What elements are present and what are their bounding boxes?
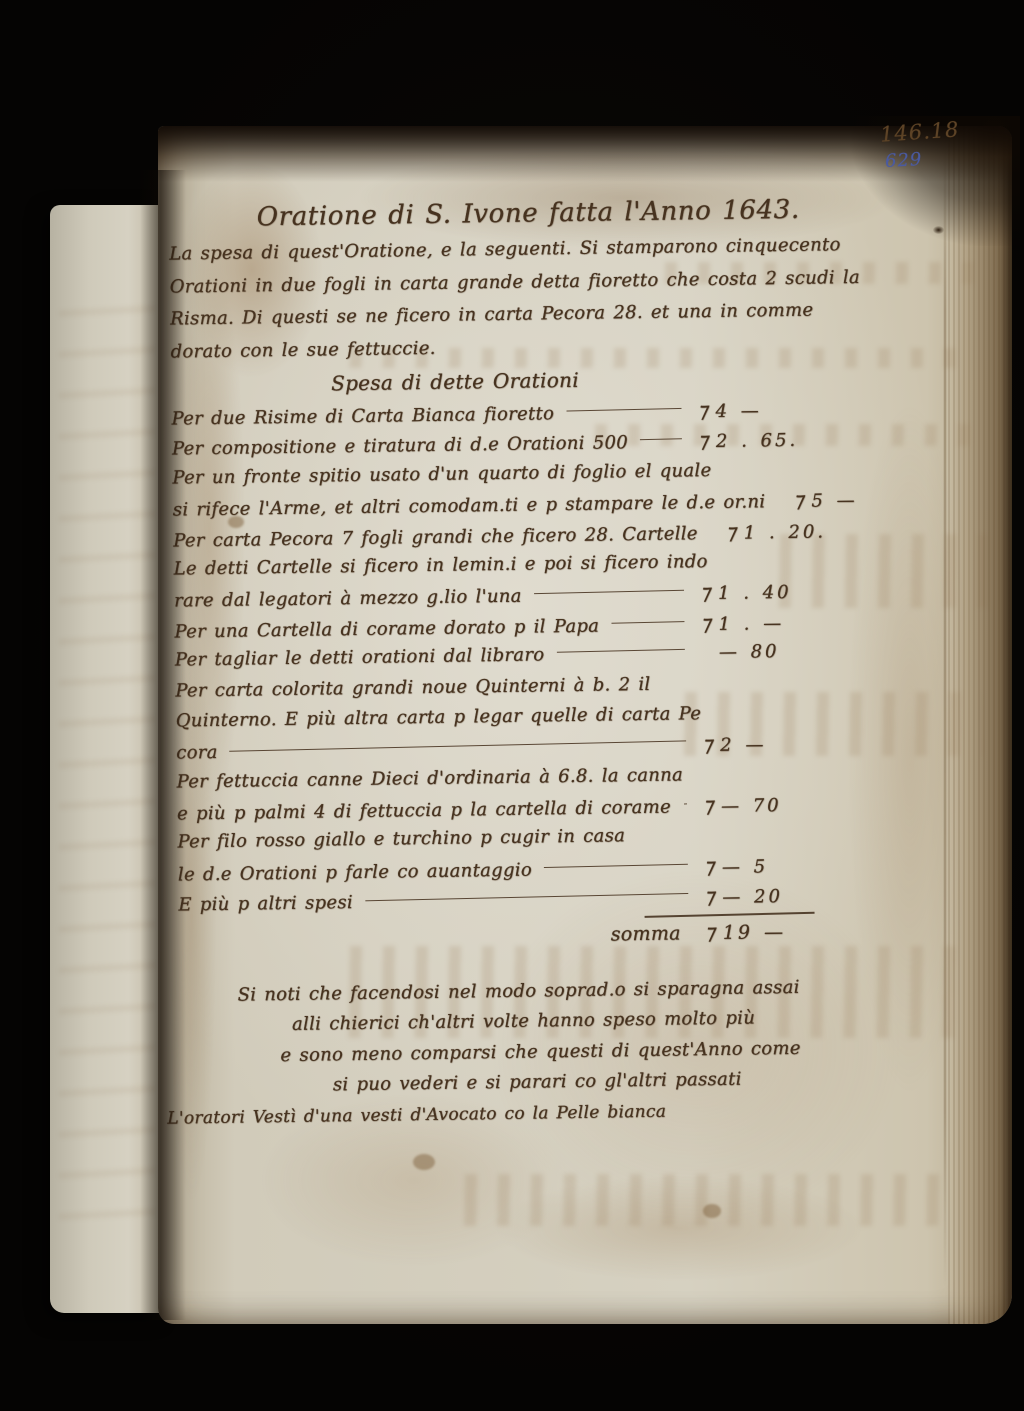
dash-leader	[634, 448, 684, 449]
dash-leader	[551, 659, 687, 661]
expense-amount: 2 . 65.	[716, 426, 820, 458]
intro-paragraph: La spesa di quest'Oratione, e la seguent…	[169, 230, 819, 369]
gutter-shadow	[140, 170, 186, 1320]
stacked-page-edges	[948, 126, 1012, 1324]
dash-leader	[538, 873, 690, 875]
dash-leader	[528, 600, 686, 602]
scudi-mark: ⁊	[690, 425, 716, 456]
expense-amount: — 80	[719, 637, 823, 669]
dash-leader	[605, 630, 686, 631]
dash-leader	[560, 417, 683, 419]
archival-number: 629	[884, 149, 922, 172]
scudi-mark: ⁊	[696, 881, 722, 912]
dash-leader	[359, 904, 690, 909]
expense-amount: — 5	[722, 851, 826, 883]
scudi-mark: ⁊	[785, 485, 811, 516]
scudi-mark: ⁊	[718, 516, 744, 547]
note-paragraph: Si noti che facendosi nel modo soprad.o …	[179, 972, 829, 1103]
expense-amount: — 70	[721, 791, 825, 823]
scudi-mark: ⁊	[697, 916, 723, 949]
expense-amount: 2 —	[720, 730, 824, 762]
expense-amount: 4 —	[715, 396, 819, 428]
total-row: somma ⁊ 19 —	[179, 914, 827, 957]
foxing-speck	[703, 1204, 721, 1218]
scudi-mark: ⁊	[694, 729, 720, 760]
total-label: somma	[611, 917, 682, 951]
scudi-mark: ⁊	[695, 790, 721, 821]
manuscript-page: Oratione di S. Ivone fatta l'Anno 1643. …	[158, 126, 1012, 1324]
scudi-mark: ⁊	[696, 851, 722, 882]
page-fold-crack	[944, 136, 946, 1286]
foxing-speck	[413, 1154, 435, 1170]
manuscript-text-block: Oratione di S. Ivone fatta l'Anno 1643. …	[169, 190, 830, 1134]
scudi-mark: ⁊	[689, 395, 715, 426]
scudi-mark: ⁊	[692, 577, 718, 608]
expense-list: Per due Risime di Carta Bianca fioretto …	[171, 394, 826, 920]
total-amount: 19 —	[723, 915, 827, 949]
expense-amount: 1 . 40	[718, 578, 822, 610]
expense-amount: 5 —	[811, 485, 915, 517]
dash-leader	[224, 752, 688, 758]
expense-amount: — 20	[722, 882, 826, 914]
scudi-mark: ⁊	[692, 608, 718, 639]
expense-amount: 1 . —	[718, 608, 822, 640]
manuscript-photo: Oratione di S. Ivone fatta l'Anno 1643. …	[0, 0, 1024, 1411]
expense-amount: 1 . 20.	[744, 517, 848, 549]
bleedthrough-text	[458, 1174, 948, 1226]
